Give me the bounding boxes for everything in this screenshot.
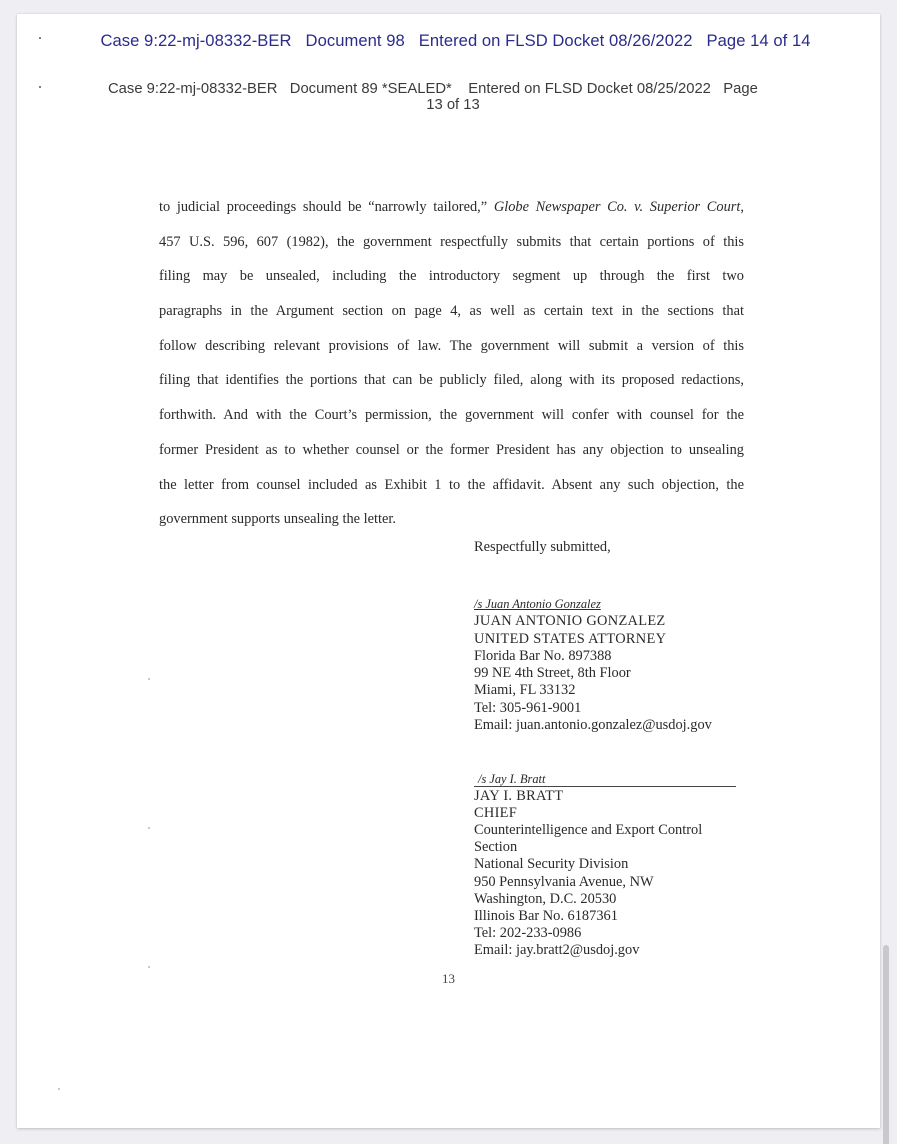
sealed-entered-date: Entered on FLSD Docket 08/25/2022 (468, 81, 711, 97)
document-page: Case 9:22-mj-08332-BER Document 98 Enter… (17, 14, 880, 1128)
body-line: forthwith. And with the Court’s permissi… (159, 398, 744, 433)
signer-name: JAY I. BRATT (474, 788, 774, 805)
email: Email: juan.antonio.gonzalez@usdoj.gov (474, 717, 774, 734)
vertical-scrollbar-thumb[interactable] (883, 945, 889, 1144)
body-line: filing may be unsealed, including the in… (159, 259, 744, 294)
section-name: Counterintelligence and Export Control (474, 822, 774, 839)
signature-line: /s Jay I. Bratt (474, 773, 736, 787)
email: Email: jay.bratt2@usdoj.gov (474, 942, 774, 959)
scan-artifact-dot (39, 86, 41, 88)
street-address: 950 Pennsylvania Avenue, NW (474, 874, 774, 891)
scan-artifact-dot (148, 678, 150, 680)
sealed-docket-header: Case 9:22-mj-08332-BER Document 89 *SEAL… (108, 81, 798, 113)
sealed-case-number: Case 9:22-mj-08332-BER (108, 81, 277, 97)
telephone: Tel: 305-961-9001 (474, 700, 774, 717)
body-line: paragraphs in the Argument section on pa… (159, 294, 744, 329)
body-line: the letter from counsel included as Exhi… (159, 468, 744, 503)
body-paragraph: to judicial proceedings should be “narro… (159, 190, 744, 537)
page-number: 13 (17, 971, 880, 987)
body-line: former President as to whether counsel o… (159, 433, 744, 468)
bar-number: Illinois Bar No. 6187361 (474, 908, 774, 925)
sealed-document-number: Document 89 *SEALED* (290, 81, 452, 97)
body-line: to judicial proceedings should be “narro… (159, 190, 744, 225)
case-citation: Globe Newspaper Co. v. Superior Court (494, 199, 741, 215)
header-entered-date: Entered on FLSD Docket 08/26/2022 (419, 31, 693, 50)
scan-artifact-dot (148, 827, 150, 829)
signer-title: UNITED STATES ATTORNEY (474, 631, 774, 648)
body-line: government supports unsealing the letter… (159, 502, 744, 537)
header-case-number: Case 9:22-mj-08332-BER (100, 31, 291, 50)
city-state-zip: Washington, D.C. 20530 (474, 891, 774, 908)
signer-name: JUAN ANTONIO GONZALEZ (474, 613, 774, 630)
bar-number: Florida Bar No. 897388 (474, 648, 774, 665)
section-name-cont: Section (474, 839, 774, 856)
docket-header-stamp: Case 9:22-mj-08332-BER Document 98 Enter… (17, 31, 880, 51)
electronic-signature: /s Juan Antonio Gonzalez (474, 596, 601, 613)
signature-block-gonzalez: /s Juan Antonio Gonzalez JUAN ANTONIO GO… (474, 596, 774, 734)
city-state-zip: Miami, FL 33132 (474, 682, 774, 699)
scan-artifact-dot (58, 1088, 60, 1090)
signature-block-bratt: /s Jay I. Bratt JAY I. BRATT CHIEF Count… (474, 771, 774, 959)
telephone: Tel: 202-233-0986 (474, 925, 774, 942)
sealed-page-label: Page (723, 81, 758, 97)
signer-title: CHIEF (474, 805, 774, 822)
scan-artifact-dot (39, 37, 41, 39)
closing-salutation: Respectfully submitted, (474, 539, 611, 556)
scan-artifact-dot (148, 966, 150, 968)
body-line: filing that identifies the portions that… (159, 363, 744, 398)
body-line: follow describing relevant provisions of… (159, 329, 744, 364)
header-document-number: Document 98 (306, 31, 405, 50)
street-address: 99 NE 4th Street, 8th Floor (474, 665, 774, 682)
division-name: National Security Division (474, 856, 774, 873)
body-line: 457 U.S. 596, 607 (1982), the government… (159, 225, 744, 260)
sealed-page-count: 13 of 13 (108, 97, 798, 113)
header-page-count: Page 14 of 14 (707, 31, 811, 50)
electronic-signature: /s Jay I. Bratt (478, 773, 545, 786)
